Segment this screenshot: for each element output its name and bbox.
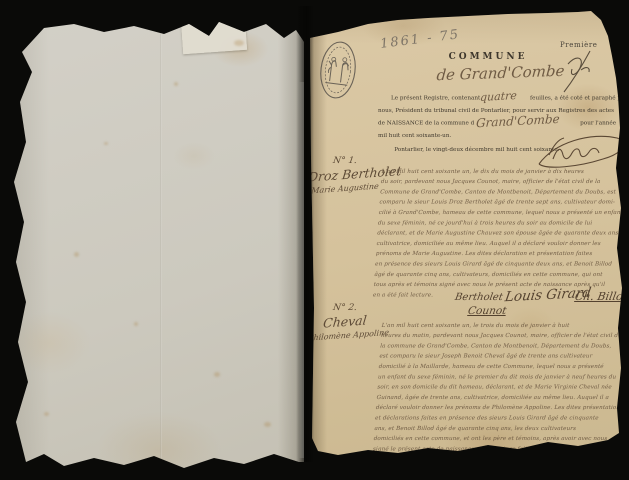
signature-officer: Counot [467, 305, 508, 317]
act-line: la commune de Grand'Combe, Canton de Mon… [380, 341, 622, 351]
act-line: déclarant, et de Marie Augustine Chauvez… [377, 228, 619, 238]
act-1-margin: N° 1. Droz Bertholet Marie Augustine [308, 156, 382, 193]
act-line: du soir, pardevant nous Jacques Counot, … [381, 176, 623, 186]
act-2-margin: N° 2. Cheval Philomène Appoline [308, 303, 382, 340]
scanned-register-view: 1861 - 75 Première COMMUNE de Grand'Comb… [0, 0, 629, 480]
act-line: domicilié à la Maillarde, hameau de cett… [378, 361, 620, 371]
act-line: comparu le sieur Louis Droz Bertholet âg… [379, 197, 621, 207]
act-line: Guinand, âgée de trente ans, cultivatric… [376, 392, 618, 402]
foxing-spot [74, 252, 79, 257]
foxing-spot [134, 322, 138, 326]
act-line: Commune de Grand'Combe, Canton de Montbe… [380, 187, 622, 197]
act-line: L'an mil huit cent soixante un, le dix d… [381, 166, 623, 176]
left-blank-page [14, 22, 304, 468]
archive-note: 1861 - 75 [379, 27, 461, 52]
tribunal-stamp-icon [318, 38, 358, 102]
foxing-spot [44, 412, 49, 416]
handwritten-sheet-count: quatre [480, 89, 518, 104]
act-line: domiciliés en cette commune, et ont les … [373, 433, 615, 443]
foxing-spot [234, 40, 244, 46]
foxing-spot [174, 82, 178, 86]
act-line: prénoms de Marie Augustine. Les dites dé… [376, 248, 618, 258]
signature-billod: Ch. Billod [574, 290, 629, 303]
repair-tape-patch [181, 16, 247, 54]
act-line: L'an mil huit cent soixante un, le trois… [381, 320, 623, 330]
act-1-text: L'an mil huit cent soixante un, le dix d… [373, 166, 623, 300]
act-line: est comparu le sieur Joseph Benoit Cheva… [379, 351, 621, 361]
act-2-text: L'an mil huit cent soixante un, le trois… [373, 320, 623, 454]
foxing-spot [264, 422, 271, 427]
right-register-page: 1861 - 75 Première COMMUNE de Grand'Comb… [308, 8, 626, 460]
foxing-spot [104, 142, 108, 145]
act-line: heures du matin, pardevant nous Jacques … [381, 330, 623, 340]
signature-bertholet: Bertholet [454, 292, 504, 303]
act-line: âgé de quarante cinq ans, cultivateurs, … [374, 269, 616, 279]
binding-gutter-shadow [296, 6, 314, 462]
foxing-spot [214, 372, 220, 377]
act-line: signé le présent acte de naissance après… [373, 443, 615, 453]
act-line: un enfant du sexe féminin, né le premier… [378, 371, 620, 381]
page-crease [160, 32, 162, 458]
act-line: soir, en son domicile du dit hameau, déc… [377, 382, 619, 392]
act-line: cilié à Grand'Combe, hameau de cette com… [378, 207, 620, 217]
act-line: du sexe féminin, né ce jourd'hui à trois… [378, 217, 620, 227]
act-line: déclaré vouloir donner les prénoms de Ph… [376, 402, 618, 412]
act-line: et déclarations faites en présence des s… [375, 413, 617, 423]
act-line: ans, et Benoit Billod âgé de quarante ci… [374, 423, 616, 433]
act-line: en présence des sieurs Louis Girard âgé … [375, 259, 617, 269]
act-line: cultivatrice, domiciliée au même lieu. A… [376, 238, 618, 248]
